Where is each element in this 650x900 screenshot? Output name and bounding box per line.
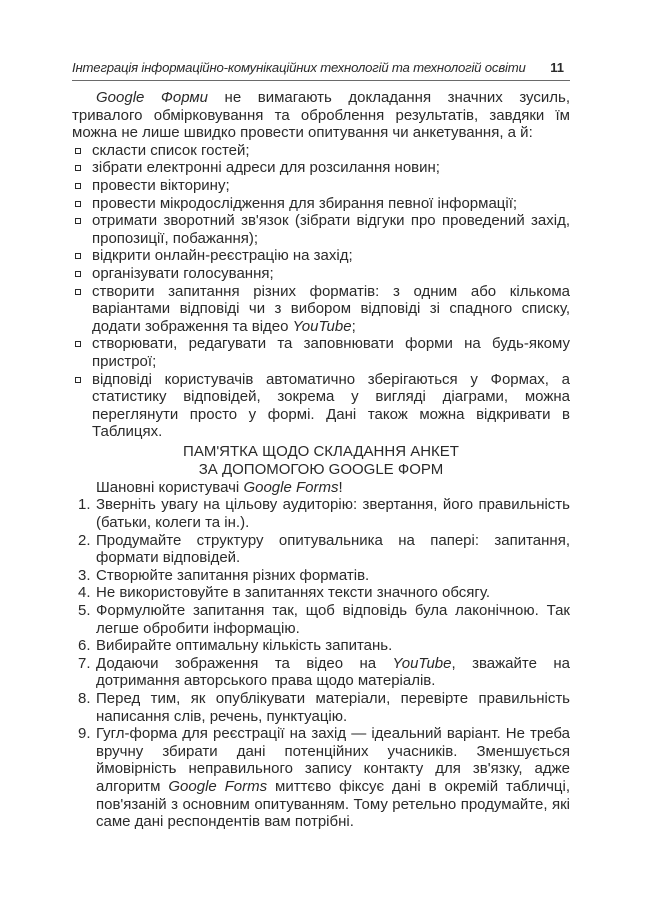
list-item: 9.Гугл-форма для реєстрації на захід — і… [72, 725, 570, 831]
memo-title-line-1: ПАМ'ЯТКА ЩОДО СКЛАДАННЯ АНКЕТ [72, 443, 570, 461]
step-number: 1. [78, 496, 91, 514]
list-item: 1.Зверніть увагу на цільову аудиторію: з… [72, 496, 570, 531]
book-page: Інтеграція інформаційно-комунікаційних т… [72, 60, 570, 831]
list-item: скласти список гостей; [72, 142, 570, 160]
step-number: 4. [78, 584, 91, 602]
memo-steps-list: 1.Зверніть увагу на цільову аудиторію: з… [72, 496, 570, 830]
memo-greeting: Шановні користувачі Google Forms! [72, 479, 570, 497]
step-number: 6. [78, 637, 91, 655]
list-item: 3.Створюйте запитання різних форматів. [72, 567, 570, 585]
square-bullet-icon [75, 377, 81, 383]
list-item: зібрати електронні адреси для розсилання… [72, 159, 570, 177]
list-item: 4.Не використовуйте в запитаннях тексти … [72, 584, 570, 602]
page-number: 11 [550, 60, 564, 75]
square-bullet-icon [75, 201, 81, 207]
running-header: Інтеграція інформаційно-комунікаційних т… [72, 60, 570, 81]
body-text: Google Форми не вимагають докладання зна… [72, 89, 570, 831]
features-list: скласти список гостей; зібрати електронн… [72, 142, 570, 441]
list-item: отримати зворотний зв'язок (зібрати відг… [72, 212, 570, 247]
intro-paragraph: Google Форми не вимагають докладання зна… [72, 89, 570, 142]
list-item: 2.Продумайте структуру опитувальника на … [72, 532, 570, 567]
square-bullet-icon [75, 183, 81, 189]
list-item: провести мікродослідження для збирання п… [72, 195, 570, 213]
list-item: відкрити онлайн-реєстрацію на захід; [72, 247, 570, 265]
list-item: організувати голосування; [72, 265, 570, 283]
step-number: 3. [78, 567, 91, 585]
square-bullet-icon [75, 341, 81, 347]
square-bullet-icon [75, 289, 81, 295]
intro-lead: Google Форми [96, 89, 208, 106]
list-item: 6.Вибирайте оптимальну кількість запитан… [72, 637, 570, 655]
running-title: Інтеграція інформаційно-комунікаційних т… [72, 60, 526, 75]
step-number: 2. [78, 532, 91, 550]
square-bullet-icon [75, 148, 81, 154]
square-bullet-icon [75, 218, 81, 224]
step-number: 7. [78, 655, 91, 673]
list-item: створити запитання різних форматів: з од… [72, 283, 570, 336]
memo-heading: ПАМ'ЯТКА ЩОДО СКЛАДАННЯ АНКЕТ ЗА ДОПОМОГ… [72, 443, 570, 479]
step-number: 9. [78, 725, 91, 743]
square-bullet-icon [75, 165, 81, 171]
square-bullet-icon [75, 253, 81, 259]
memo-title-line-2: ЗА ДОПОМОГОЮ GOOGLE ФОРМ [72, 461, 570, 479]
list-item: створювати, редагувати та заповнювати фо… [72, 335, 570, 370]
list-item: 7.Додаючи зображення та відео на YouTube… [72, 655, 570, 690]
list-item: провести вікторину; [72, 177, 570, 195]
step-number: 5. [78, 602, 91, 620]
list-item: 5.Формулюйте запитання так, щоб відповід… [72, 602, 570, 637]
list-item: відповіді користувачів автоматично збері… [72, 371, 570, 441]
step-number: 8. [78, 690, 91, 708]
list-item: 8.Перед тим, як опублікувати матеріали, … [72, 690, 570, 725]
square-bullet-icon [75, 271, 81, 277]
